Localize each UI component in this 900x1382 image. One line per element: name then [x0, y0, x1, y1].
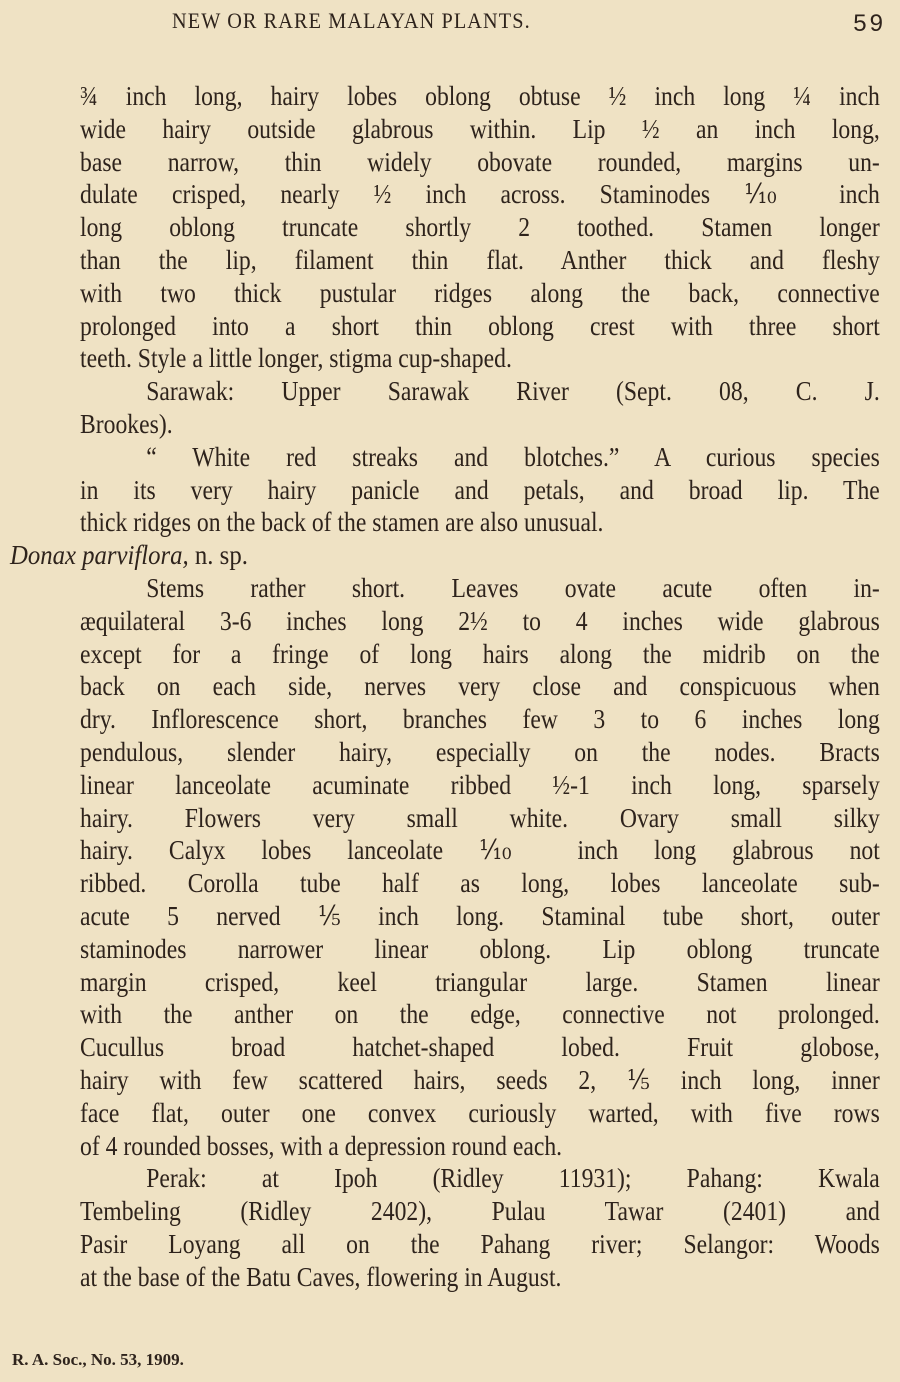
- text-line: margin crisped, keel triangular large. S…: [80, 966, 880, 999]
- paragraph-description-continued: ¾ inch long, hairy lobes oblong obtuse ½…: [80, 80, 880, 375]
- species-designation: n. sp.: [195, 539, 248, 570]
- text-line: Cucullus broad hatchet-shaped lobed. Fru…: [80, 1031, 880, 1064]
- text-line: prolonged into a short thin oblong crest…: [80, 310, 880, 343]
- paragraph-donax-description: Stems rather short. Leaves ovate acute o…: [80, 572, 880, 1162]
- text-line: base narrow, thin widely obovate rounded…: [80, 146, 880, 179]
- text-line: face flat, outer one convex curiously wa…: [80, 1097, 880, 1130]
- text-line: dry. Inflorescence short, branches few 3…: [80, 703, 880, 736]
- paragraph-donax-localities: Perak: at Ipoh (Ridley 11931); Pahang: K…: [80, 1162, 880, 1293]
- text-line: than the lip, filament thin flat. Anther…: [80, 244, 880, 277]
- text-line: Sarawak: Upper Sarawak River (Sept. 08, …: [80, 375, 880, 408]
- text-line: back on each side, nerves very close and…: [80, 670, 880, 703]
- paragraph-locality-sarawak: Sarawak: Upper Sarawak River (Sept. 08, …: [80, 375, 880, 441]
- text-line: linear lanceolate acuminate ribbed ½-1 i…: [80, 769, 880, 802]
- text-line: Stems rather short. Leaves ovate acute o…: [80, 572, 880, 605]
- paragraph-note: “ White red streaks and blotches.” A cur…: [80, 441, 880, 539]
- text-line: ribbed. Corolla tube half as long, lobes…: [80, 867, 880, 900]
- text-line: “ White red streaks and blotches.” A cur…: [80, 441, 880, 474]
- text-line: ¾ inch long, hairy lobes oblong obtuse ½…: [80, 80, 880, 113]
- text-line: acute 5 nerved ⅕ inch long. Staminal tub…: [80, 900, 880, 933]
- text-line: of 4 rounded bosses, with a depression r…: [80, 1130, 880, 1163]
- species-heading: Donax parviflora, n. sp.: [10, 539, 793, 572]
- text-line: except for a fringe of long hairs along …: [80, 638, 880, 671]
- text-line: at the base of the Batu Caves, flowering…: [80, 1261, 880, 1294]
- document-page: NEW OR RARE MALAYAN PLANTS. 59 ¾ inch lo…: [0, 0, 900, 1382]
- text-line: with the anther on the edge, connective …: [80, 998, 880, 1031]
- page-number: 59: [853, 10, 886, 38]
- footer-citation: R. A. Soc., No. 53, 1909.: [12, 1350, 184, 1370]
- text-line: pendulous, slender hairy, especially on …: [80, 736, 880, 769]
- running-title: NEW OR RARE MALAYAN PLANTS.: [172, 8, 531, 34]
- text-line: Perak: at Ipoh (Ridley 11931); Pahang: K…: [80, 1162, 880, 1195]
- text-line: æquilateral 3-6 inches long 2½ to 4 inch…: [80, 605, 880, 638]
- text-line: wide hairy outside glabrous within. Lip …: [80, 113, 880, 146]
- text-line: dulate crisped, nearly ½ inch across. St…: [80, 178, 880, 211]
- text-line: Pasir Loyang all on the Pahang river; Se…: [80, 1228, 880, 1261]
- text-line: long oblong truncate shortly 2 toothed. …: [80, 211, 880, 244]
- text-line: Brookes).: [80, 408, 880, 441]
- body-text: ¾ inch long, hairy lobes oblong obtuse ½…: [80, 80, 880, 1293]
- text-line: hairy. Calyx lobes lanceolate ⅒ inch lon…: [80, 834, 880, 867]
- text-line: in its very hairy panicle and petals, an…: [80, 474, 880, 507]
- text-line: hairy with few scattered hairs, seeds 2,…: [80, 1064, 880, 1097]
- text-line: with two thick pustular ridges along the…: [80, 277, 880, 310]
- text-line: thick ridges on the back of the stamen a…: [80, 506, 880, 539]
- text-line: Tembeling (Ridley 2402), Pulau Tawar (24…: [80, 1195, 880, 1228]
- text-line: hairy. Flowers very small white. Ovary s…: [80, 802, 880, 835]
- text-line: staminodes narrower linear oblong. Lip o…: [80, 933, 880, 966]
- species-name: Donax parviflora,: [10, 539, 189, 570]
- text-line: teeth. Style a little longer, stigma cup…: [80, 342, 880, 375]
